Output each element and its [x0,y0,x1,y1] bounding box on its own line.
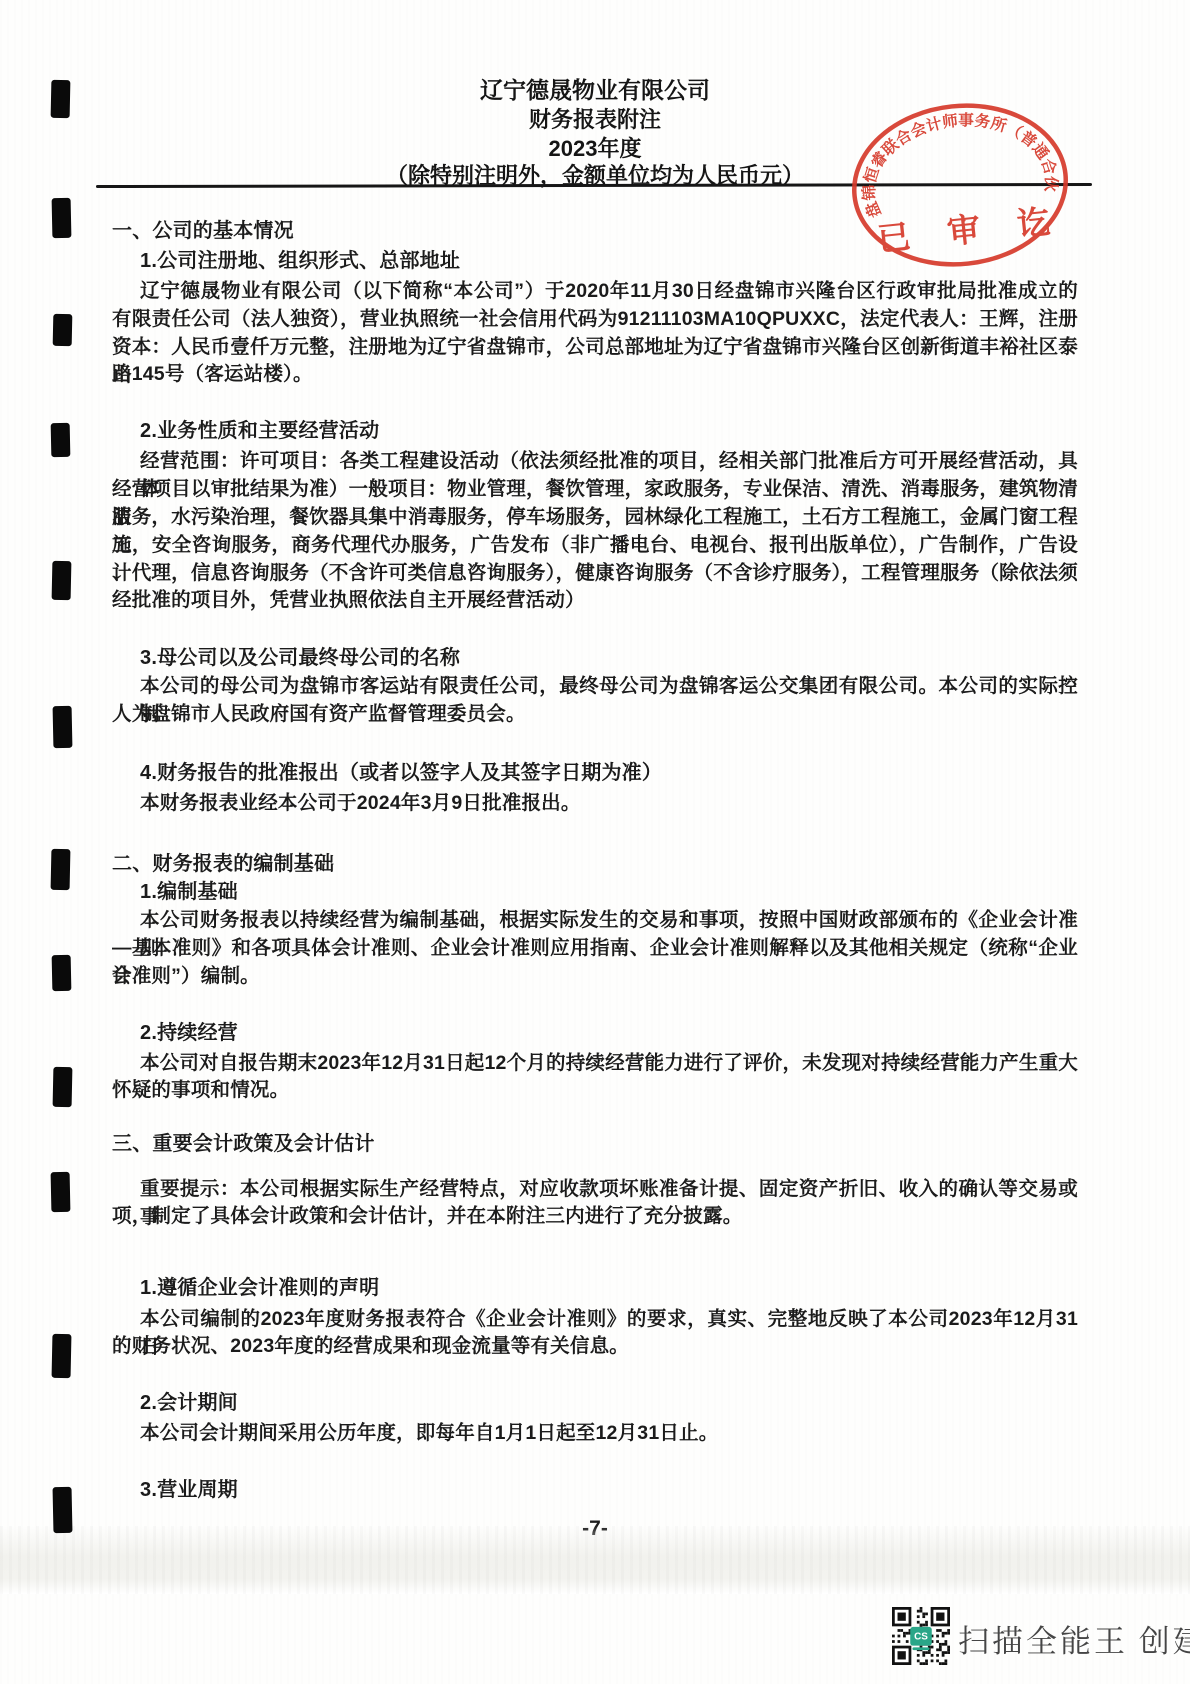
section-heading: 2.业务性质和主要经营活动 [112,417,1078,445]
section-heading: 4.财务报告的批准报出（或者以签字人及其签字日期为准） [112,759,1078,787]
section-heading: 1.公司注册地、组织形式、总部地址 [112,247,1078,275]
section-heading: 1.编制基础 [112,878,1078,906]
paragraph-line: 本财务报表业经本公司于2024年3月9日批准报出。 [112,789,1078,817]
paragraph-line: 本公司编制的2023年度财务报表符合《企业会计准则》的要求，真实、完整地反映了本… [112,1305,1078,1333]
binding-mark [53,1067,73,1107]
binding-mark [52,198,72,238]
paragraph-line: 经批准的项目外，凭营业执照依法自主开展经营活动） [112,586,1078,614]
paragraph-line: 服务，水污染治理，餐饮器具集中消毒服务，停车场服务，园林绿化工程施工，土石方工程… [112,503,1078,531]
paragraph-line: 本公司的母公司为盘锦市客运站有限责任公司，最终母公司为盘锦客运公交集团有限公司。… [112,672,1078,700]
binding-mark [51,80,71,118]
camscanner-qr-icon: CS [892,1607,950,1665]
camscanner-watermark: 扫描全能王 创建 [958,1616,1190,1661]
section-heading: 2.持续经营 [112,1019,1078,1047]
paragraph-line: 本公司对自报告期末2023年12月31日起12个月的持续经营能力进行了评价，未发… [112,1049,1078,1077]
paragraph-line: 资本：人民币壹仟万元整，注册地为辽宁省盘锦市，公司总部地址为辽宁省盘锦市兴隆台区… [112,333,1078,361]
paragraph-line: 工，安全咨询服务，商务代理代办服务，广告发布（非广播电台、电视台、报刊出版单位）… [112,531,1078,559]
section-heading: 3.营业周期 [112,1476,1078,1504]
paragraph-line: 的财务状况、2023年度的经营成果和现金流量等有关信息。 [112,1332,1078,1360]
paragraph-line: 人为盘锦市人民政府国有资产监督管理委员会。 [112,700,1078,728]
paragraph-line: 怀疑的事项和情况。 [112,1076,1078,1104]
paragraph-line: 本公司财务报表以持续经营为编制基础，根据实际发生的交易和事项，按照中国财政部颁布… [112,906,1078,934]
paragraph-line: 经营项目以审批结果为准）一般项目：物业管理，餐饮管理，家政服务，专业保洁、清洗、… [112,475,1078,503]
section-heading: 二、财务报表的编制基础 [112,850,1078,878]
paragraph-line: 路145号（客运站楼）。 [112,360,1078,388]
binding-mark [53,1487,73,1533]
svg-text:CS: CS [914,1632,928,1643]
binding-mark [53,314,73,346]
paragraph-line: 辽宁德晟物业有限公司（以下简称“本公司”）于2020年11月30日经盘锦市兴隆台… [112,277,1078,305]
paragraph-line: 有限责任公司（法人独资），营业执照统一社会信用代码为91211103MA10QP… [112,305,1078,333]
section-heading: 3.母公司以及公司最终母公司的名称 [112,644,1078,672]
scan-edge-shadow [0,1526,1190,1594]
paragraph-line: 本公司会计期间采用公历年度，即每年自1月1日起至12月31日止。 [112,1419,1078,1447]
section-heading: 一、公司的基本情况 [112,217,1078,245]
scanned-page: 辽宁德晟物业有限公司 财务报表附注 2023年度 （除特别注明外，金额单位均为人… [0,0,1190,1684]
binding-mark [53,706,73,748]
section-heading: 1.遵循企业会计准则的声明 [112,1274,1078,1302]
paragraph-line: 经营范围：许可项目：各类工程建设活动（依法须经批准的项目，经相关部门批准后方可开… [112,447,1078,475]
binding-mark [51,1172,71,1212]
paragraph-line: —基本准则》和各项具体会计准则、企业会计准则应用指南、企业会计准则解释以及其他相… [112,934,1078,962]
paragraph-line: 计准则”）编制。 [112,962,1078,990]
binding-mark [52,1334,72,1378]
binding-mark [52,561,72,600]
paragraph-line: 重要提示：本公司根据实际生产经营特点，对应收款项坏账准备计提、固定资产折旧、收入… [112,1175,1078,1203]
section-heading: 三、重要会计政策及会计估计 [112,1130,1078,1158]
binding-mark [51,423,71,457]
section-heading: 2.会计期间 [112,1389,1078,1417]
binding-mark [52,955,72,991]
binding-mark [51,849,71,890]
paragraph-line: 项，制定了具体会计政策和会计估计，并在本附注三内进行了充分披露。 [112,1202,1078,1230]
paragraph-line: 、代理，信息咨询服务（不含许可类信息咨询服务），健康咨询服务（不含诊疗服务），工… [112,559,1078,587]
